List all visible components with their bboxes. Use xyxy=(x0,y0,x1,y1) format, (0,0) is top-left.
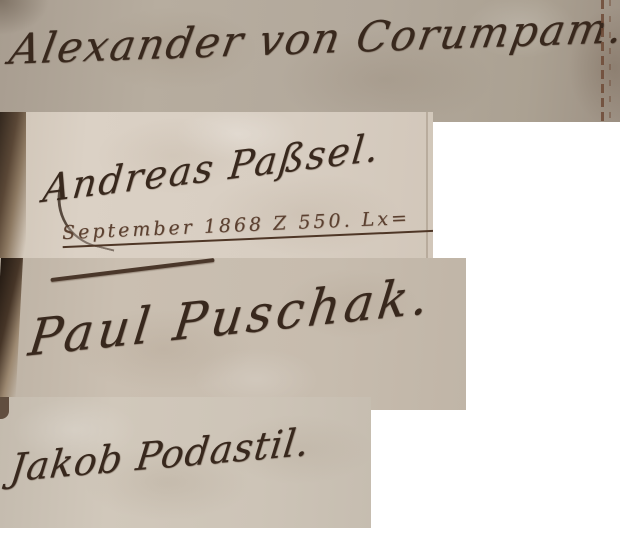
signature-collage: Alexander von Corumpam. Paul Puschak. An… xyxy=(0,0,620,537)
paper-strip-4: Jakob Podastil. xyxy=(0,397,371,528)
corner-edge-shadow xyxy=(0,397,9,419)
margin-ruled-line-faint xyxy=(609,0,611,122)
signature-jakob-podastil: Jakob Podastil. xyxy=(8,420,313,491)
signature-alexander-von-corumpam: Alexander von Corumpam. xyxy=(6,3,620,74)
paper-crease-line xyxy=(426,112,428,258)
page-edge-shadow xyxy=(0,258,23,410)
ink-flourish-stroke xyxy=(50,258,214,282)
paper-strip-2: Andreas Paßsel. September 1868 Z 550. Lx… xyxy=(0,112,433,258)
margin-ruled-line xyxy=(601,0,604,122)
signature-paul-puschak: Paul Puschak. xyxy=(25,266,435,367)
book-gutter-shadow xyxy=(0,112,26,258)
paper-strip-3: Paul Puschak. xyxy=(0,258,466,410)
paper-strip-1: Alexander von Corumpam. xyxy=(0,0,620,122)
